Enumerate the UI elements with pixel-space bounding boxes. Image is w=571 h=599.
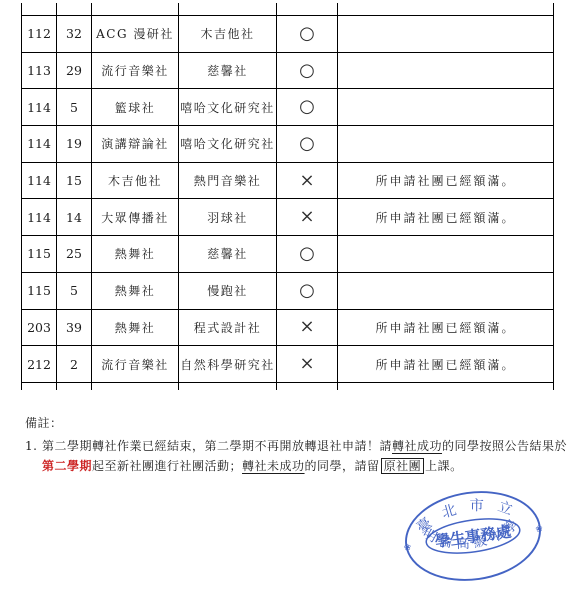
cell-result-symbol: × [277, 199, 338, 235]
cell-original-club: 熱舞社 [92, 273, 179, 309]
cell-applied-club: 嘻哈文化研究社 [179, 126, 277, 162]
table-row: 115 25 熱舞社 慈馨社 ○ [21, 235, 554, 272]
cell-applied-club: 熱門音樂社 [179, 163, 277, 199]
cell-original-club: 流行音樂社 [92, 346, 179, 382]
cell-applied-club: 慢跑社 [179, 273, 277, 309]
cell-stub [338, 383, 554, 390]
cell-class-number: 114 [21, 89, 57, 125]
cell-original-club: ACG 漫研社 [92, 16, 179, 52]
cell-stub [277, 3, 338, 15]
cell-seat-number: 15 [57, 163, 92, 199]
remark-text-segment: 轉社未成功 [242, 459, 305, 473]
cell-result-symbol: ○ [277, 53, 338, 89]
cell-result-symbol: ○ [277, 273, 338, 309]
cell-original-club: 大眾傳播社 [92, 199, 179, 235]
stamp-flower-left-icon: ❀ [403, 542, 412, 553]
cell-class-number: 115 [21, 236, 57, 272]
table-row: 212 2 流行音樂社 自然科學研究社 × 所申請社團已經額滿。 [21, 345, 554, 382]
table-row: 114 14 大眾傳播社 羽球社 × 所申請社團已經額滿。 [21, 198, 554, 235]
cell-applied-club: 慈馨社 [179, 236, 277, 272]
cell-original-club: 熱舞社 [92, 236, 179, 272]
cell-stub [338, 3, 554, 15]
remark-text-segment: 起至新社團進行社團活動； [92, 459, 242, 473]
remark-text-segment: 上課。 [425, 459, 463, 473]
table-row: 114 15 木吉他社 熱門音樂社 × 所申請社團已經額滿。 [21, 162, 554, 199]
cell-stub [179, 3, 277, 15]
remarks-section: 備註： 1. 第二學期轉社作業已經結束，第二學期不再開放轉退社申請！請轉社成功的… [25, 413, 557, 476]
cell-result-symbol: ○ [277, 16, 338, 52]
table-cropped-row-top [21, 3, 554, 15]
cell-seat-number: 5 [57, 273, 92, 309]
cell-seat-number: 5 [57, 89, 92, 125]
table-row: 113 29 流行音樂社 慈馨社 ○ [21, 52, 554, 89]
cell-result-symbol: ○ [277, 89, 338, 125]
cell-class-number: 114 [21, 199, 57, 235]
cell-stub [277, 383, 338, 390]
remark-text-segment: 第二學期 [42, 459, 92, 473]
cell-seat-number: 32 [57, 16, 92, 52]
cell-note [338, 126, 554, 162]
remark-text-segment: 第二學期轉社作業已經結束，第二學期不再開放轉退社申請！請 [42, 439, 392, 453]
remark-text-segment: 原社團 [381, 458, 425, 474]
table-row: 112 32 ACG 漫研社 木吉他社 ○ [21, 15, 554, 52]
cell-result-symbol: × [277, 346, 338, 382]
cell-result-symbol: ○ [277, 126, 338, 162]
cell-seat-number: 19 [57, 126, 92, 162]
cell-note [338, 16, 554, 52]
cell-seat-number: 14 [57, 199, 92, 235]
cell-result-symbol: ○ [277, 236, 338, 272]
student-affairs-office-stamp: 臺北市立 明倫高級中學 學生事務處 ❀ ❀ [390, 475, 557, 597]
cell-note: 所申請社團已經額滿。 [338, 199, 554, 235]
cell-class-number: 113 [21, 53, 57, 89]
cell-original-club: 木吉他社 [92, 163, 179, 199]
cell-original-club: 演講辯論社 [92, 126, 179, 162]
cell-class-number: 112 [21, 16, 57, 52]
cell-applied-club: 慈馨社 [179, 53, 277, 89]
cell-class-number: 114 [21, 126, 57, 162]
cell-stub [57, 3, 92, 15]
cell-seat-number: 2 [57, 346, 92, 382]
cell-note: 所申請社團已經額滿。 [338, 310, 554, 346]
cell-applied-club: 程式設計社 [179, 310, 277, 346]
cell-note: 所申請社團已經額滿。 [338, 163, 554, 199]
cell-note [338, 53, 554, 89]
remarks-line-1: 第二學期轉社作業已經結束，第二學期不再開放轉退社申請！請轉社成功的同學按照公告結… [42, 436, 567, 456]
remark-text-segment: 的同學，請留 [305, 459, 380, 473]
remarks-item-text: 第二學期轉社作業已經結束，第二學期不再開放轉退社申請！請轉社成功的同學按照公告結… [42, 436, 567, 476]
remarks-item-1: 1. 第二學期轉社作業已經結束，第二學期不再開放轉退社申請！請轉社成功的同學按照… [25, 436, 557, 476]
cell-note: 所申請社團已經額滿。 [338, 346, 554, 382]
club-transfer-table: 112 32 ACG 漫研社 木吉他社 ○ 113 29 流行音樂社 慈馨社 ○… [21, 3, 554, 390]
table-row: 114 19 演講辯論社 嘻哈文化研究社 ○ [21, 125, 554, 162]
table-row: 114 5 籃球社 嘻哈文化研究社 ○ [21, 88, 554, 125]
cell-original-club: 流行音樂社 [92, 53, 179, 89]
cell-note [338, 236, 554, 272]
cell-stub [179, 383, 277, 390]
cell-stub [92, 3, 179, 15]
remarks-heading: 備註： [25, 413, 557, 433]
stamp-flower-right-icon: ❀ [535, 524, 544, 535]
cell-applied-club: 羽球社 [179, 199, 277, 235]
cell-class-number: 212 [21, 346, 57, 382]
remark-text-segment: 轉社成功 [392, 439, 442, 453]
cell-stub [21, 383, 57, 390]
table-body: 112 32 ACG 漫研社 木吉他社 ○ 113 29 流行音樂社 慈馨社 ○… [21, 15, 554, 382]
cell-class-number: 114 [21, 163, 57, 199]
cell-original-club: 熱舞社 [92, 310, 179, 346]
cell-seat-number: 29 [57, 53, 92, 89]
cell-result-symbol: × [277, 310, 338, 346]
cell-class-number: 115 [21, 273, 57, 309]
cell-seat-number: 25 [57, 236, 92, 272]
remark-text-segment: 的同學按照公告結果於 [442, 439, 567, 453]
cell-note [338, 273, 554, 309]
cell-result-symbol: × [277, 163, 338, 199]
cell-original-club: 籃球社 [92, 89, 179, 125]
table-row: 115 5 熱舞社 慢跑社 ○ [21, 272, 554, 309]
cell-applied-club: 嘻哈文化研究社 [179, 89, 277, 125]
cell-stub [92, 383, 179, 390]
remarks-line-2: 第二學期起至新社團進行社團活動；轉社未成功的同學，請留原社團上課。 [42, 456, 567, 476]
cell-applied-club: 木吉他社 [179, 16, 277, 52]
table-row: 203 39 熱舞社 程式設計社 × 所申請社團已經額滿。 [21, 309, 554, 346]
cell-stub [57, 383, 92, 390]
cell-applied-club: 自然科學研究社 [179, 346, 277, 382]
cell-seat-number: 39 [57, 310, 92, 346]
cell-note [338, 89, 554, 125]
table-cropped-row-bottom [21, 382, 554, 390]
cell-class-number: 203 [21, 310, 57, 346]
cell-stub [21, 3, 57, 15]
remarks-item-number: 1. [25, 436, 40, 456]
